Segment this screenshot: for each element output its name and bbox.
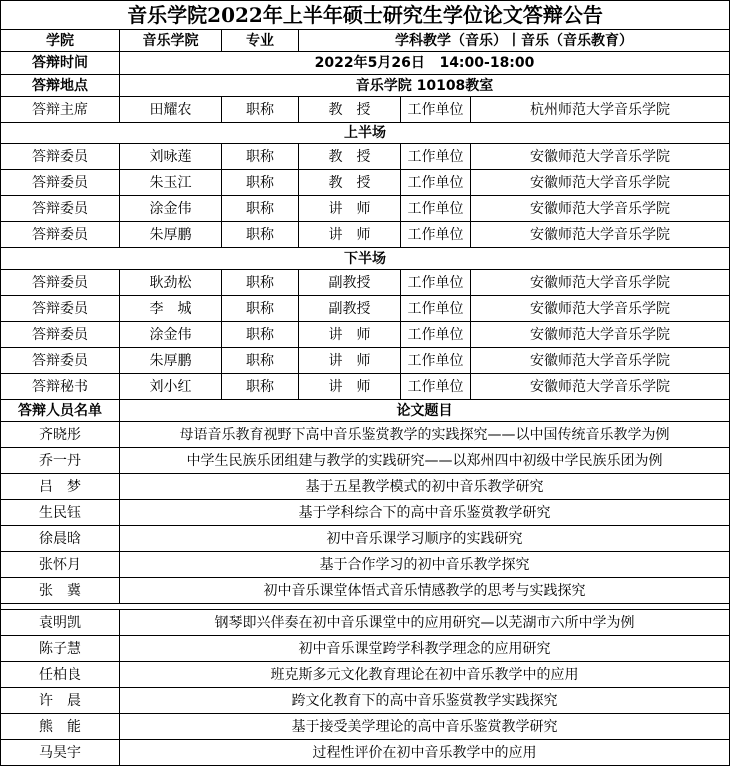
title-label: 职称 — [222, 170, 299, 196]
member-name: 耿劲松 — [120, 270, 222, 296]
work-unit: 杭州师范大学音乐学院 — [471, 97, 730, 123]
student-row: 张怀月 基于合作学习的初中音乐教学探究 — [1, 552, 730, 578]
committee-row: 答辩秘书 刘小红 职称 讲 师 工作单位 安徽师范大学音乐学院 — [1, 374, 730, 400]
defense-announcement-table: 音乐学院2022年上半年硕士研究生学位论文答辩公告 学院 音乐学院 专业 学科教… — [0, 0, 730, 766]
title-label: 职称 — [222, 374, 299, 400]
role: 答辩委员 — [1, 222, 120, 248]
committee-row: 答辩委员 李 城 职称 副教授 工作单位 安徽师范大学音乐学院 — [1, 296, 730, 322]
title-label: 职称 — [222, 270, 299, 296]
place-value: 音乐学院 10108教室 — [120, 75, 730, 97]
chair-row: 答辩主席 田耀农 职称 教 授 工作单位 杭州师范大学音乐学院 — [1, 97, 730, 123]
thesis-title: 钢琴即兴伴奏在初中音乐课堂中的应用研究—以芜湖市六所中学为例 — [120, 610, 730, 636]
student-name: 任柏良 — [1, 662, 120, 688]
role: 答辩委员 — [1, 270, 120, 296]
time-label: 答辩时间 — [1, 52, 120, 75]
role: 答辩委员 — [1, 296, 120, 322]
role: 答辩秘书 — [1, 374, 120, 400]
role: 答辩委员 — [1, 196, 120, 222]
student-row: 生民钰 基于学科综合下的高中音乐鉴赏教学研究 — [1, 500, 730, 526]
student-row: 熊 能 基于接受美学理论的高中音乐鉴赏教学研究 — [1, 714, 730, 740]
student-row: 齐晓彤 母语音乐教育视野下高中音乐鉴赏教学的实践探究——以中国传统音乐教学为例 — [1, 422, 730, 448]
student-row: 陈子慧 初中音乐课堂跨学科教学理念的应用研究 — [1, 636, 730, 662]
member-name: 刘咏莲 — [120, 144, 222, 170]
unit-label: 工作单位 — [401, 374, 471, 400]
student-row: 乔一丹 中学生民族乐团组建与教学的实践研究——以郑州四中初级中学民族乐团为例 — [1, 448, 730, 474]
thesis-title: 基于五星教学模式的初中音乐教学研究 — [120, 474, 730, 500]
role: 答辩委员 — [1, 170, 120, 196]
section-label: 上半场 — [1, 123, 730, 144]
role: 答辩主席 — [1, 97, 120, 123]
section-label: 下半场 — [1, 248, 730, 270]
student-name: 乔一丹 — [1, 448, 120, 474]
thesis-title: 班克斯多元文化教育理论在初中音乐教学中的应用 — [120, 662, 730, 688]
title-label: 职称 — [222, 322, 299, 348]
role: 答辩委员 — [1, 322, 120, 348]
title-label: 职称 — [222, 97, 299, 123]
title-label: 职称 — [222, 348, 299, 374]
place-row: 答辩地点 音乐学院 10108教室 — [1, 75, 730, 97]
work-unit: 安徽师范大学音乐学院 — [471, 196, 730, 222]
academic-title: 讲 师 — [299, 196, 401, 222]
title-label: 职称 — [222, 144, 299, 170]
committee-row: 答辩委员 朱厚鹏 职称 讲 师 工作单位 安徽师范大学音乐学院 — [1, 222, 730, 248]
student-name: 马昊宇 — [1, 740, 120, 766]
student-row: 吕 梦 基于五星教学模式的初中音乐教学研究 — [1, 474, 730, 500]
work-unit: 安徽师范大学音乐学院 — [471, 170, 730, 196]
thesis-title: 初中音乐课学习顺序的实践研究 — [120, 526, 730, 552]
student-row: 马昊宇 过程性评价在初中音乐教学中的应用 — [1, 740, 730, 766]
thesis-title-header: 论文题目 — [120, 400, 730, 422]
academic-title: 副教授 — [299, 270, 401, 296]
academic-title: 讲 师 — [299, 374, 401, 400]
student-name: 陈子慧 — [1, 636, 120, 662]
work-unit: 安徽师范大学音乐学院 — [471, 322, 730, 348]
student-name: 袁明凯 — [1, 610, 120, 636]
unit-label: 工作单位 — [401, 296, 471, 322]
unit-label: 工作单位 — [401, 222, 471, 248]
academic-title: 讲 师 — [299, 348, 401, 374]
academic-title: 教 授 — [299, 97, 401, 123]
role: 答辩委员 — [1, 144, 120, 170]
committee-row: 答辩委员 耿劲松 职称 副教授 工作单位 安徽师范大学音乐学院 — [1, 270, 730, 296]
thesis-title: 基于学科综合下的高中音乐鉴赏教学研究 — [120, 500, 730, 526]
unit-label: 工作单位 — [401, 348, 471, 374]
academic-title: 教 授 — [299, 170, 401, 196]
student-row: 徐晨晗 初中音乐课学习顺序的实践研究 — [1, 526, 730, 552]
committee-row: 答辩委员 朱玉江 职称 教 授 工作单位 安徽师范大学音乐学院 — [1, 170, 730, 196]
thesis-title: 过程性评价在初中音乐教学中的应用 — [120, 740, 730, 766]
work-unit: 安徽师范大学音乐学院 — [471, 144, 730, 170]
academic-title: 副教授 — [299, 296, 401, 322]
time-value: 2022年5月26日 14:00-18:00 — [120, 52, 730, 75]
thesis-title: 基于合作学习的初中音乐教学探究 — [120, 552, 730, 578]
member-name: 朱厚鹏 — [120, 348, 222, 374]
member-name: 朱玉江 — [120, 170, 222, 196]
work-unit: 安徽师范大学音乐学院 — [471, 348, 730, 374]
college-label: 学院 — [1, 30, 120, 52]
member-name: 李 城 — [120, 296, 222, 322]
committee-row: 答辩委员 涂金伟 职称 讲 师 工作单位 安徽师范大学音乐学院 — [1, 196, 730, 222]
role: 答辩委员 — [1, 348, 120, 374]
thesis-title: 中学生民族乐团组建与教学的实践研究——以郑州四中初级中学民族乐团为例 — [120, 448, 730, 474]
student-name: 生民钰 — [1, 500, 120, 526]
unit-label: 工作单位 — [401, 270, 471, 296]
member-name: 涂金伟 — [120, 196, 222, 222]
section-first-half: 上半场 — [1, 123, 730, 144]
students-header-row: 答辩人员名单 论文题目 — [1, 400, 730, 422]
thesis-title: 跨文化教育下的高中音乐鉴赏教学实践探究 — [120, 688, 730, 714]
work-unit: 安徽师范大学音乐学院 — [471, 222, 730, 248]
student-row: 张 冀 初中音乐课堂体悟式音乐情感教学的思考与实践探究 — [1, 578, 730, 604]
unit-label: 工作单位 — [401, 170, 471, 196]
title-label: 职称 — [222, 196, 299, 222]
member-name: 田耀农 — [120, 97, 222, 123]
unit-label: 工作单位 — [401, 97, 471, 123]
college-value: 音乐学院 — [120, 30, 222, 52]
section-second-half: 下半场 — [1, 248, 730, 270]
academic-title: 讲 师 — [299, 222, 401, 248]
unit-label: 工作单位 — [401, 144, 471, 170]
student-row: 袁明凯 钢琴即兴伴奏在初中音乐课堂中的应用研究—以芜湖市六所中学为例 — [1, 610, 730, 636]
title-label: 职称 — [222, 222, 299, 248]
place-label: 答辩地点 — [1, 75, 120, 97]
student-name: 张 冀 — [1, 578, 120, 604]
unit-label: 工作单位 — [401, 196, 471, 222]
student-row: 任柏良 班克斯多元文化教育理论在初中音乐教学中的应用 — [1, 662, 730, 688]
student-name: 徐晨晗 — [1, 526, 120, 552]
academic-title: 讲 师 — [299, 322, 401, 348]
time-row: 答辩时间 2022年5月26日 14:00-18:00 — [1, 52, 730, 75]
student-row: 许 晨 跨文化教育下的高中音乐鉴赏教学实践探究 — [1, 688, 730, 714]
work-unit: 安徽师范大学音乐学院 — [471, 270, 730, 296]
page-title: 音乐学院2022年上半年硕士研究生学位论文答辩公告 — [1, 1, 730, 30]
student-name: 齐晓彤 — [1, 422, 120, 448]
thesis-title: 基于接受美学理论的高中音乐鉴赏教学研究 — [120, 714, 730, 740]
thesis-title: 初中音乐课堂体悟式音乐情感教学的思考与实践探究 — [120, 578, 730, 604]
committee-row: 答辩委员 涂金伟 职称 讲 师 工作单位 安徽师范大学音乐学院 — [1, 322, 730, 348]
student-name: 许 晨 — [1, 688, 120, 714]
member-name: 涂金伟 — [120, 322, 222, 348]
unit-label: 工作单位 — [401, 322, 471, 348]
title-label: 职称 — [222, 296, 299, 322]
student-name-header: 答辩人员名单 — [1, 400, 120, 422]
student-name: 张怀月 — [1, 552, 120, 578]
work-unit: 安徽师范大学音乐学院 — [471, 296, 730, 322]
major-label: 专业 — [222, 30, 299, 52]
thesis-title: 初中音乐课堂跨学科教学理念的应用研究 — [120, 636, 730, 662]
member-name: 朱厚鹏 — [120, 222, 222, 248]
header-row: 学院 音乐学院 专业 学科教学（音乐）丨音乐（音乐教育） — [1, 30, 730, 52]
title-row: 音乐学院2022年上半年硕士研究生学位论文答辩公告 — [1, 1, 730, 30]
student-name: 吕 梦 — [1, 474, 120, 500]
thesis-title: 母语音乐教育视野下高中音乐鉴赏教学的实践探究——以中国传统音乐教学为例 — [120, 422, 730, 448]
committee-row: 答辩委员 刘咏莲 职称 教 授 工作单位 安徽师范大学音乐学院 — [1, 144, 730, 170]
major-value: 学科教学（音乐）丨音乐（音乐教育） — [299, 30, 730, 52]
academic-title: 教 授 — [299, 144, 401, 170]
committee-row: 答辩委员 朱厚鹏 职称 讲 师 工作单位 安徽师范大学音乐学院 — [1, 348, 730, 374]
member-name: 刘小红 — [120, 374, 222, 400]
work-unit: 安徽师范大学音乐学院 — [471, 374, 730, 400]
student-name: 熊 能 — [1, 714, 120, 740]
